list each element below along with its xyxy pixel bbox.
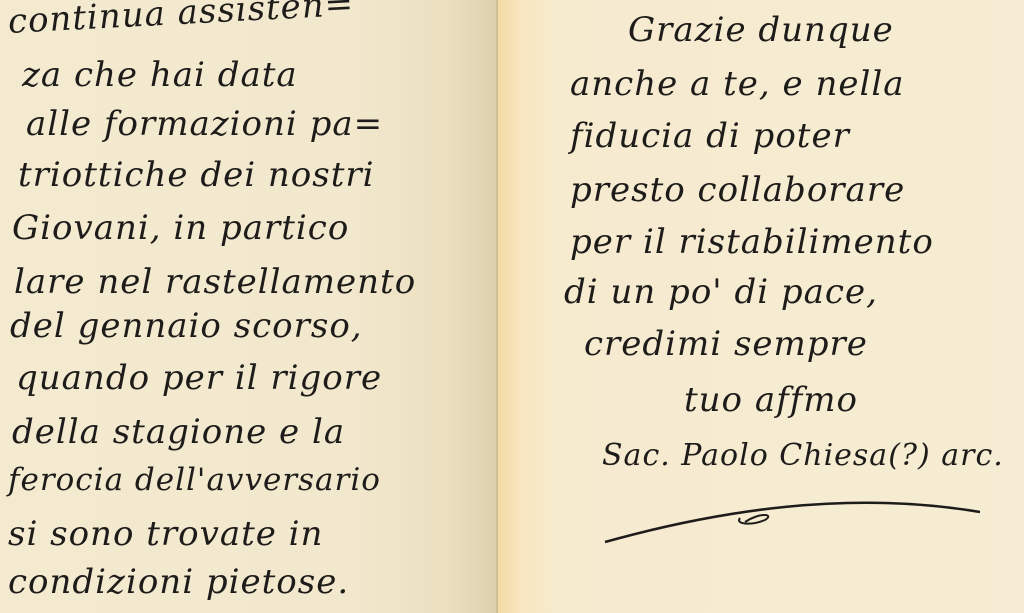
handwritten-line: della stagione e la bbox=[12, 412, 345, 452]
handwritten-line: lare nel rastellamento bbox=[14, 262, 416, 302]
signature: Sac. Paolo Chiesa(?) arc. bbox=[602, 438, 1004, 473]
handwritten-line: ferocia dell'avversario bbox=[8, 462, 381, 498]
handwritten-line: za che hai data bbox=[22, 55, 298, 95]
handwritten-line: per il ristabilimento bbox=[570, 222, 934, 262]
handwritten-line: Grazie dunque bbox=[628, 10, 894, 50]
handwritten-line: del gennaio scorso, bbox=[10, 306, 363, 346]
handwritten-line: quando per il rigore bbox=[16, 358, 382, 398]
handwritten-line: triottiche dei nostri bbox=[18, 155, 375, 195]
handwritten-line: continua assisten= bbox=[7, 0, 355, 42]
handwritten-line: di un po' di pace, bbox=[564, 272, 878, 312]
handwritten-line: fiducia di poter bbox=[570, 116, 850, 156]
handwritten-line: alle formazioni pa= bbox=[26, 104, 383, 144]
handwritten-line: condizioni pietose. bbox=[8, 562, 349, 602]
handwritten-line: credimi sempre bbox=[584, 324, 868, 364]
left-page: continua assisten= za che hai data alle … bbox=[0, 0, 498, 613]
signature-flourish-icon bbox=[600, 490, 1000, 550]
handwritten-line: si sono trovate in bbox=[8, 514, 323, 554]
handwritten-line: presto collaborare bbox=[570, 170, 905, 210]
closing-line: tuo affmo bbox=[684, 380, 858, 420]
handwritten-line: anche a te, e nella bbox=[570, 64, 904, 104]
handwritten-line: Giovani, in partico bbox=[12, 208, 349, 248]
